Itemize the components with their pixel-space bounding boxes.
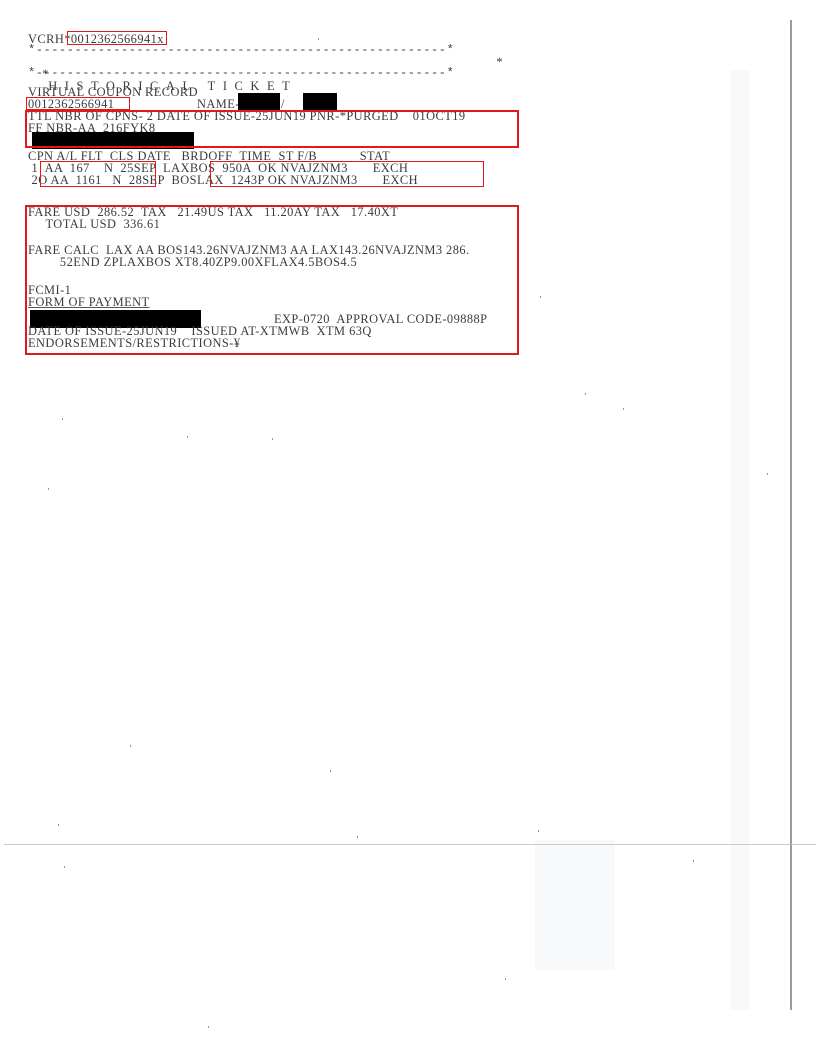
scan-speck [357, 836, 358, 838]
highlight-box-coupon-flights [40, 161, 156, 187]
scan-speck [58, 824, 59, 826]
scan-speck [187, 436, 188, 438]
scan-shading [730, 70, 750, 1010]
scan-fold-line [4, 844, 816, 845]
scan-speck [505, 978, 506, 980]
scan-speck [538, 830, 539, 832]
scan-speck [208, 1026, 209, 1028]
scan-speck [48, 488, 49, 490]
scan-edge-line [790, 20, 792, 1010]
scan-speck [540, 296, 541, 298]
highlight-box-fare-payment [25, 205, 519, 355]
banner-star-right: * [496, 56, 503, 68]
scan-speck [64, 866, 65, 868]
scan-speck [318, 38, 319, 40]
scan-speck [272, 438, 273, 440]
scan-speck [623, 408, 624, 410]
scanned-ticket-page: VCRH*0012362566941x *-------------------… [0, 0, 816, 1056]
redaction-name-last [303, 93, 337, 110]
highlight-box-summary [25, 110, 519, 148]
scan-speck [693, 860, 694, 862]
banner-rule-bottom: *---------------------------------------… [28, 67, 454, 79]
scan-speck [585, 393, 586, 395]
scan-speck [130, 745, 131, 747]
scan-speck [767, 473, 768, 475]
scan-speck [330, 770, 331, 772]
scan-speck [62, 418, 63, 420]
scan-shading [535, 840, 615, 970]
banner-rule-top: *---------------------------------------… [28, 44, 454, 56]
highlight-box-coupon-routes [210, 161, 484, 187]
redaction-name-first [238, 93, 280, 110]
